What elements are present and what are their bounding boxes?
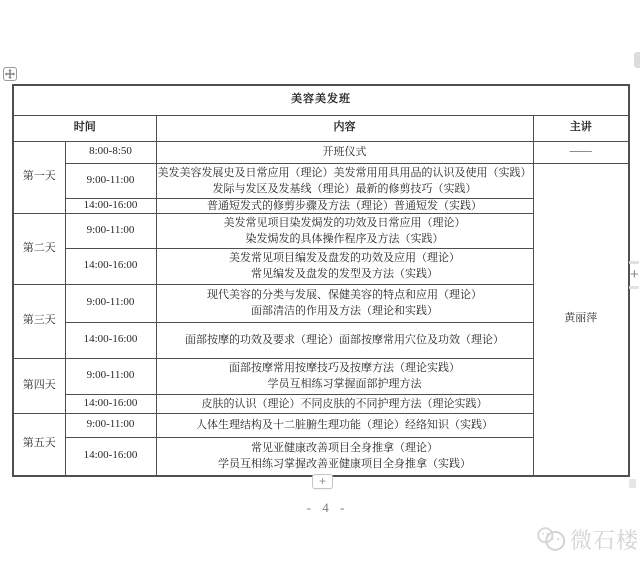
content-line-1: 美发美容发展史及日常应用（理论）美发常用用具用品的认识及使用（实践） bbox=[157, 165, 533, 181]
content-cell: 开班仪式 bbox=[156, 141, 533, 163]
document-page: 美容美发班 时间 内容 主讲 第一天 8:00-8:50 开班仪式 —— 9:0… bbox=[0, 0, 640, 570]
content-line-1: 常见亚健康改善项目全身推拿（理论） bbox=[157, 440, 533, 456]
lecturer-cell-opening: —— bbox=[533, 141, 629, 163]
header-lecturer: 主讲 bbox=[533, 115, 629, 141]
time-cell: 14:00-16:00 bbox=[65, 322, 156, 358]
scrollbar-fragment-top[interactable] bbox=[634, 52, 640, 68]
content-line-1: 面部按摩常用按摩技巧及按摩方法（理论实践） bbox=[157, 360, 533, 376]
side-scroll-control[interactable]: + bbox=[629, 261, 640, 289]
content-cell: 普通短发式的修剪步骤及方法（理论）普通短发（实践） bbox=[156, 198, 533, 213]
time-cell: 8:00-8:50 bbox=[65, 141, 156, 163]
scrollbar-fragment-bottom[interactable] bbox=[629, 479, 636, 488]
page-number: - 4 - bbox=[275, 500, 380, 516]
content-line-1: 美发常见项目编发及盘发的功效及应用（理论） bbox=[157, 250, 533, 266]
time-cell: 14:00-16:00 bbox=[65, 248, 156, 284]
time-cell: 9:00-11:00 bbox=[65, 358, 156, 394]
side-plus-label[interactable]: + bbox=[629, 264, 639, 286]
content-cell: 面部按摩常用按摩技巧及按摩方法（理论实践） 学员互相练习掌握面部护理方法 bbox=[156, 358, 533, 394]
watermark-text: 微石楼 bbox=[570, 524, 639, 555]
content-cell: 人体生理结构及十二脏腑生理功能（理论）经络知识（实践） bbox=[156, 413, 533, 437]
wechat-logo-icon bbox=[535, 523, 567, 555]
day-cell-1: 第一天 bbox=[13, 141, 65, 213]
table-title: 美容美发班 bbox=[13, 85, 629, 115]
lecturer-cell: 黄丽萍 bbox=[533, 163, 629, 476]
scrollbar-bar-bottom[interactable] bbox=[629, 286, 639, 289]
day-cell-4: 第四天 bbox=[13, 358, 65, 413]
time-cell: 14:00-16:00 bbox=[65, 394, 156, 413]
content-line-1: 开班仪式 bbox=[157, 145, 533, 159]
content-cell: 美发常见项目染发焗发的功效及日常应用（理论） 染发焗发的具体操作程序及方法（实践… bbox=[156, 213, 533, 248]
time-cell: 9:00-11:00 bbox=[65, 284, 156, 322]
content-cell: 美发美容发展史及日常应用（理论）美发常用用具用品的认识及使用（实践） 发际与发区… bbox=[156, 163, 533, 198]
time-cell: 14:00-16:00 bbox=[65, 437, 156, 476]
day-cell-3: 第三天 bbox=[13, 284, 65, 358]
time-cell: 9:00-11:00 bbox=[65, 163, 156, 198]
content-cell: 皮肤的认识（理论）不同皮肤的不同护理方法（理论实践） bbox=[156, 394, 533, 413]
table-move-handle[interactable] bbox=[3, 67, 17, 81]
add-button[interactable]: + bbox=[312, 474, 333, 489]
content-line-2: 发际与发区及发基线（理论）最新的修剪技巧（实践） bbox=[157, 181, 533, 197]
content-line-1: 普通短发式的修剪步骤及方法（理论）普通短发（实践） bbox=[157, 199, 533, 213]
content-line-1: 现代美容的分类与发展、保健美容的特点和应用（理论） bbox=[157, 287, 533, 303]
watermark: 微石楼 bbox=[535, 521, 639, 557]
time-cell: 14:00-16:00 bbox=[65, 198, 156, 213]
day-cell-2: 第二天 bbox=[13, 213, 65, 284]
content-cell: 面部按摩的功效及要求（理论）面部按摩常用穴位及功效（理论） bbox=[156, 322, 533, 358]
content-line-2: 常见编发及盘发的发型及方法（实践） bbox=[157, 266, 533, 282]
content-line-1: 美发常见项目染发焗发的功效及日常应用（理论） bbox=[157, 215, 533, 231]
content-cell: 现代美容的分类与发展、保健美容的特点和应用（理论） 面部清洁的作用及方法（理论和… bbox=[156, 284, 533, 322]
header-time: 时间 bbox=[13, 115, 156, 141]
content-line-2: 面部清洁的作用及方法（理论和实践） bbox=[157, 303, 533, 319]
header-content: 内容 bbox=[156, 115, 533, 141]
content-line-1: 人体生理结构及十二脏腑生理功能（理论）经络知识（实践） bbox=[157, 418, 533, 432]
content-line-1: 皮肤的认识（理论）不同皮肤的不同护理方法（理论实践） bbox=[157, 397, 533, 411]
time-cell: 9:00-11:00 bbox=[65, 413, 156, 437]
content-line-2: 学员互相练习掌握改善亚健康项目全身推拿（实践） bbox=[157, 456, 533, 472]
day-cell-5: 第五天 bbox=[13, 413, 65, 476]
content-line-1: 面部按摩的功效及要求（理论）面部按摩常用穴位及功效（理论） bbox=[157, 333, 533, 347]
content-cell: 常见亚健康改善项目全身推拿（理论） 学员互相练习掌握改善亚健康项目全身推拿（实践… bbox=[156, 437, 533, 476]
move-arrows-icon bbox=[5, 69, 15, 79]
content-cell: 美发常见项目编发及盘发的功效及应用（理论） 常见编发及盘发的发型及方法（实践） bbox=[156, 248, 533, 284]
schedule-table: 美容美发班 时间 内容 主讲 第一天 8:00-8:50 开班仪式 —— 9:0… bbox=[12, 84, 630, 477]
content-line-2: 染发焗发的具体操作程序及方法（实践） bbox=[157, 231, 533, 247]
content-line-2: 学员互相练习掌握面部护理方法 bbox=[157, 376, 533, 392]
time-cell: 9:00-11:00 bbox=[65, 213, 156, 248]
